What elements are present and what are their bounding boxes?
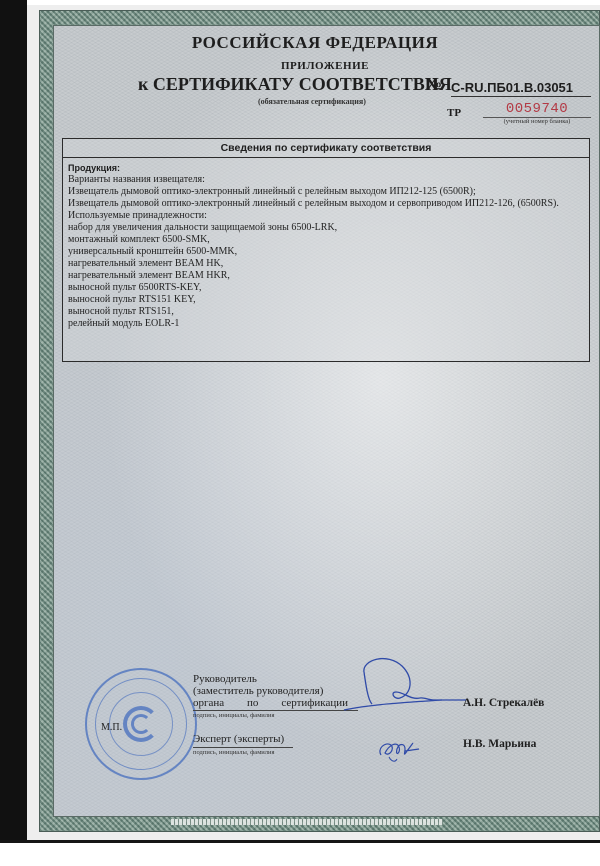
head-signature-caption: подпись, инициалы, фамилия: [193, 710, 358, 719]
expert-label: Эксперт (эксперты): [193, 733, 284, 745]
stamp-logo-inner-icon: [131, 714, 151, 734]
head-signature-icon: [342, 652, 472, 722]
info-line: Варианты названия извещателя:: [68, 174, 584, 186]
printer-imprint-strip: [171, 819, 443, 825]
info-line: выносной пульт RTS151,: [68, 306, 584, 318]
head-label-line: органа по сертификации: [193, 697, 348, 709]
certificate-info-box: Сведения по сертификату соответствия Про…: [62, 138, 590, 362]
tr-label: ТР: [447, 107, 461, 119]
mandatory-note: (обязательная сертификация): [258, 97, 366, 106]
info-line: выносной пульт RTS151 KEY,: [68, 294, 584, 306]
info-line: универсальный кронштейн 6500-MMK,: [68, 246, 584, 258]
info-line: набор для увеличения дальности защищаемо…: [68, 222, 584, 234]
expert-name: Н.В. Марьина: [463, 738, 536, 750]
scan-edge-left: [0, 0, 27, 866]
head-label-line: (заместитель руководителя): [193, 685, 348, 697]
products-label: Продукция:: [68, 162, 584, 174]
number-sign: №: [426, 76, 442, 94]
info-line: Извещатель дымовой оптико-электронный ли…: [68, 198, 584, 210]
stamp-place-label: М.П.: [101, 722, 122, 733]
info-line: Извещатель дымовой оптико-электронный ли…: [68, 186, 584, 198]
info-title: Сведения по сертификату соответствия: [63, 139, 589, 158]
appendix-heading: ПРИЛОЖЕНИЕ: [0, 60, 600, 72]
certificate-number: С-RU.ПБ01.В.03051: [451, 80, 591, 97]
expert-signature-caption: подпись, инициалы, фамилия: [193, 747, 293, 756]
info-line: нагревательный элемент BEAM HK,: [68, 258, 584, 270]
head-label-line: Руководитель: [193, 673, 348, 685]
scan-margin-bottom: [0, 843, 600, 866]
blank-number: 0059740: [483, 101, 591, 118]
country-heading: РОССИЙСКАЯ ФЕДЕРАЦИЯ: [0, 33, 600, 53]
info-line: релейный модуль EOLR-1: [68, 318, 584, 330]
info-body: Продукция: Варианты названия извещателя:…: [63, 158, 589, 330]
info-line: выносной пульт 6500RTS-KEY,: [68, 282, 584, 294]
head-name: А.Н. Стрекалёв: [463, 697, 544, 709]
info-line: нагревательный элемент BEAM HKR,: [68, 270, 584, 282]
blank-number-caption: (учетный номер бланка): [483, 118, 591, 125]
info-line: монтажный комплект 6500-SMK,: [68, 234, 584, 246]
certificate-title: к СЕРТИФИКАТУ СООТВЕТСТВИЯ: [138, 74, 452, 95]
head-of-body-label: Руководитель (заместитель руководителя) …: [193, 673, 348, 709]
info-line: Используемые принадлежности:: [68, 210, 584, 222]
expert-signature-icon: [375, 735, 425, 765]
